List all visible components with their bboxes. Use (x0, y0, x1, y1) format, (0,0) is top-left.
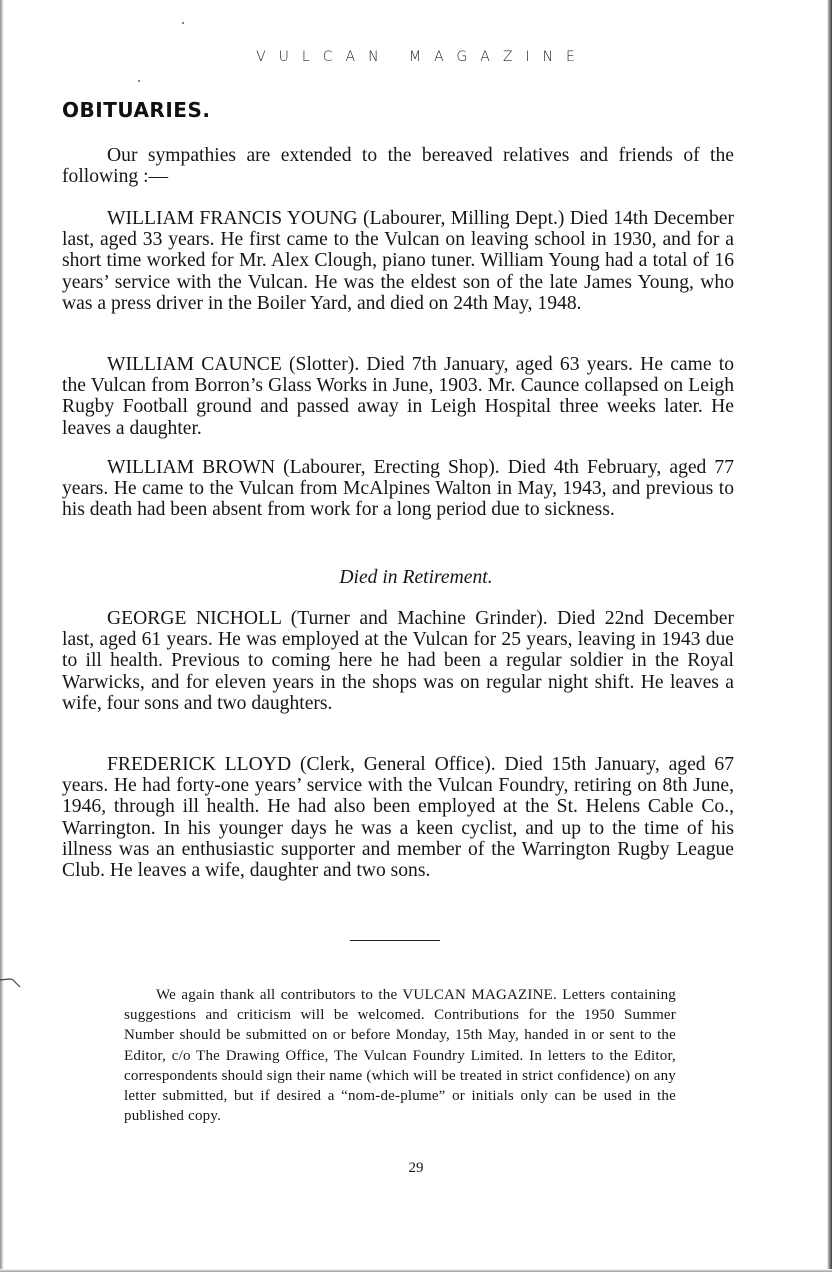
retirement-obituary-entry: GEORGE NICHOLL (Turner and Machine Grind… (62, 608, 734, 714)
notice-text: We again thank all contributors to the V… (124, 985, 676, 1126)
running-header: VULCAN MAGAZINE (0, 49, 832, 65)
obituary-text: GEORGE NICHOLL (Turner and Machine Grind… (62, 608, 734, 714)
obituary-text: WILLIAM CAUNCE (Slotter). Died 7th Janua… (62, 354, 734, 439)
intro-text: Our sympathies are extended to the berea… (62, 145, 734, 187)
obituary-text: WILLIAM BROWN (Labourer, Erecting Shop).… (62, 457, 734, 521)
page-edge-right (827, 0, 832, 1272)
section-divider (350, 940, 440, 941)
intro-paragraph: Our sympathies are extended to the berea… (62, 145, 734, 187)
page-edge-left (0, 0, 4, 1272)
paper-tear-mark (0, 975, 22, 989)
print-speck (138, 80, 140, 82)
print-speck (182, 22, 184, 24)
article-title: OBITUARIES. (62, 98, 210, 122)
editorial-notice: We again thank all contributors to the V… (124, 985, 676, 1126)
obituary-text: FREDERICK LLOYD (Clerk, General Office).… (62, 754, 734, 881)
obituary-text: WILLIAM FRANCIS YOUNG (Labourer, Milling… (62, 208, 734, 314)
obituary-entry: WILLIAM FRANCIS YOUNG (Labourer, Milling… (62, 208, 734, 314)
retirement-obituary-entry: FREDERICK LLOYD (Clerk, General Office).… (62, 754, 734, 881)
obituary-entry: WILLIAM BROWN (Labourer, Erecting Shop).… (62, 457, 734, 521)
obituary-entry: WILLIAM CAUNCE (Slotter). Died 7th Janua… (62, 354, 734, 439)
retirement-subheading: Died in Retirement. (0, 567, 832, 589)
page-number: 29 (0, 1160, 832, 1177)
